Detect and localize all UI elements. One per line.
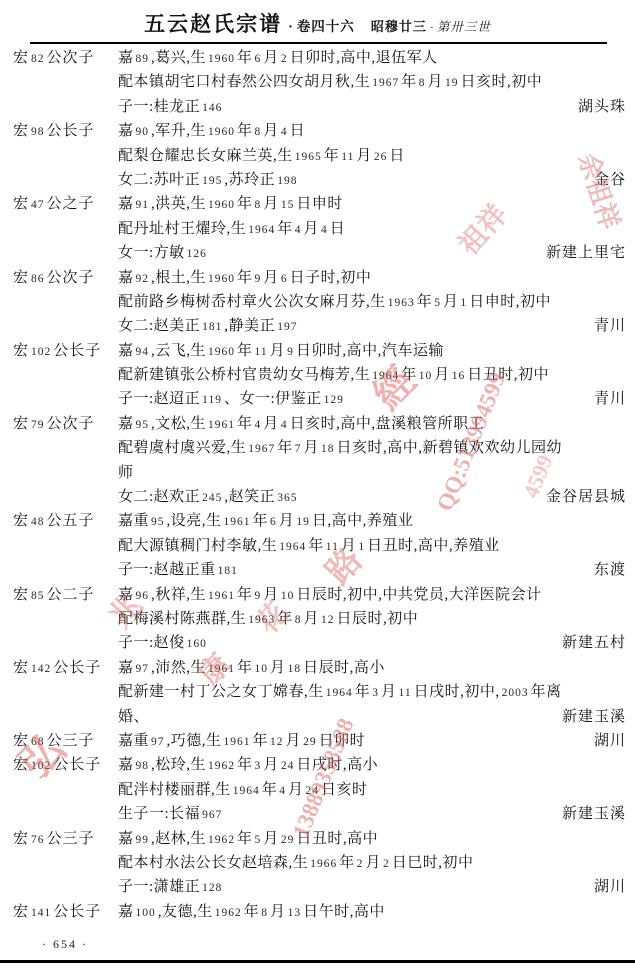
entry-line: 配丹址村王燿玲,生1964年4月4日 [118, 217, 635, 241]
entry-label: 宏79公次子 [0, 412, 118, 436]
entry-line: 配新建一村丁公之女丁嫦春,生1964年3月11日戌时,初中,2003年离 [118, 680, 635, 704]
entry-line-text: 嘉97,沛然,生1961年10月18日辰时,高小 [118, 656, 385, 680]
entry-line: 嘉96,秋祥,生1961年9月10日辰时,初中,中共党员,大洋医院会计 [118, 583, 635, 607]
entry-line-text: 女一:方敏126 [118, 241, 209, 265]
entry-line-text: 配泮村楼丽群,生1964年4月24日亥时 [118, 778, 368, 802]
entry-lines: 嘉89,葛兴,生1960年6月2日卯时,高中,退伍军人配本镇胡宅口村春然公四女胡… [118, 46, 635, 119]
entry-row: 宏98公长子嘉90,军升,生1960年8月4日配梨仓耀忠长女麻兰英,生1965年… [0, 119, 635, 192]
entry-line-text: 配碧虞村虞兴爱,生1967年7月18日亥时,高中,新碧镇欢欢幼儿园幼 [118, 436, 562, 460]
entry-lines: 嘉92,根土,生1960年9月6日子时,初中配前路乡梅树岙村章火公次女麻月芬,生… [118, 266, 635, 339]
place-name: 湖川 [586, 729, 626, 753]
generation-label: 第卅三世 [437, 17, 491, 35]
entry-label: 宏47公之子 [0, 192, 118, 216]
bottom-rule [0, 960, 635, 963]
entry-lines: 嘉95,文松,生1961年4月4日亥时,高中,盘溪粮管所职工配碧虞村虞兴爱,生1… [118, 412, 635, 510]
entry-line: 配前路乡梅树岙村章火公次女麻月芬,生1963年5月1日申时,初中 [118, 290, 635, 314]
entry-line: 女二:苏叶正195,苏玲正198金谷 [118, 168, 635, 192]
entry-line: 嘉100,友德,生1962年8月13日午时,高中 [118, 900, 635, 924]
place-name: 湖头珠 [570, 95, 626, 119]
entry-lines: 嘉91,洪英,生1960年8月15日申时配丹址村王燿玲,生1964年4月4日女一… [118, 192, 635, 265]
entry-line-text: 嘉100,友德,生1962年8月13日午时,高中 [118, 900, 385, 924]
entry-lines: 嘉98,松玲,生1962年3月24日戌时,高小配泮村楼丽群,生1964年4月24… [118, 753, 635, 826]
entry-line: 配新建镇张公桥村官贵幼女马梅芳,生1964年10月16日丑时,初中 [118, 363, 635, 387]
entry-line: 师 [118, 461, 635, 485]
entry-line-text: 师 [118, 461, 134, 485]
entry-line-text: 嘉89,葛兴,生1960年6月2日卯时,高中,退伍军人 [118, 46, 438, 70]
entry-line: 嘉95,文松,生1961年4月4日亥时,高中,盘溪粮管所职工 [118, 412, 635, 436]
entry-line-text: 嘉90,军升,生1960年8月4日 [118, 119, 305, 143]
entry-line-text: 嘉98,松玲,生1962年3月24日戌时,高小 [118, 753, 378, 777]
entry-line: 嘉91,洪英,生1960年8月15日申时 [118, 192, 635, 216]
entry-lines: 嘉97,沛然,生1961年10月18日辰时,高小配新建一村丁公之女丁嫦春,生19… [118, 656, 635, 729]
entry-label: 宏76公三子 [0, 827, 118, 851]
entry-lines: 嘉94,云飞,生1960年11月9日卯时,高中,汽车运输配新建镇张公桥村官贵幼女… [118, 339, 635, 412]
place-name: 青川 [586, 387, 626, 411]
entry-line: 嘉重97,巧德,生1961年12月29日卯时湖川 [118, 729, 635, 753]
entry-line-text: 配梅溪村陈燕群,生1963年8月12日辰时,初中 [118, 607, 418, 631]
entry-line-text: 婚、 [118, 705, 149, 729]
place-name: 湖川 [586, 875, 626, 899]
entry-line: 配大源镇稠门村李敏,生1964年11月1日丑时,高中,养殖业 [118, 534, 635, 558]
entry-line: 嘉90,军升,生1960年8月4日 [118, 119, 635, 143]
entry-line: 配梨仓耀忠长女麻兰英,生1965年11月26日 [118, 144, 635, 168]
entry-line-text: 嘉重95,设亮,生1961年6月19日,高中,养殖业 [118, 509, 413, 533]
entry-line-text: 嘉92,根土,生1960年9月6日子时,初中 [118, 266, 371, 290]
section-separator: · [430, 20, 434, 35]
entry-line: 配梅溪村陈燕群,生1963年8月12日辰时,初中 [118, 607, 635, 631]
entry-label: 宏102公长子 [0, 753, 118, 777]
place-name: 东渡 [586, 558, 626, 582]
place-name: 新建玉溪 [554, 705, 626, 729]
entry-label: 宏85公二子 [0, 583, 118, 607]
place-name: 新建玉溪 [554, 802, 626, 826]
entry-line: 嘉99,赵林,生1962年5月29日丑时,高中 [118, 827, 635, 851]
entry-line: 配本镇胡宅口村春然公四女胡月秋,生1967年8月19日亥时,初中 [118, 70, 635, 94]
book-title: 五云赵氏宗谱 [144, 8, 282, 38]
entry-line: 婚、新建玉溪 [118, 705, 635, 729]
entry-line-text: 嘉96,秋祥,生1961年9月10日辰时,初中,中共党员,大洋医院会计 [118, 583, 542, 607]
entry-line-text: 嘉94,云飞,生1960年11月9日卯时,高中,汽车运输 [118, 339, 444, 363]
entry-label: 宏48公五子 [0, 509, 118, 533]
entry-line-text: 女二:苏叶正195,苏玲正198 [118, 168, 299, 192]
entry-line-text: 子一:潇雄正128 [118, 875, 224, 899]
entry-line-text: 女二:赵欢正245,赵笑正365 [118, 485, 299, 509]
entry-line-text: 子一:赵越正重181 [118, 558, 240, 582]
entry-line-text: 配本村水法公长女赵培森,生1966年2月2日巳时,初中 [118, 851, 474, 875]
entry-line-text: 配新建一村丁公之女丁嫦春,生1964年3月11日戌时,初中,2003年离 [118, 680, 562, 704]
entry-lines: 嘉96,秋祥,生1961年9月10日辰时,初中,中共党员,大洋医院会计配梅溪村陈… [118, 583, 635, 656]
entry-row: 宏85公二子嘉96,秋祥,生1961年9月10日辰时,初中,中共党员,大洋医院会… [0, 583, 635, 656]
entry-row: 宏47公之子嘉91,洪英,生1960年8月15日申时配丹址村王燿玲,生1964年… [0, 192, 635, 265]
entry-lines: 嘉重95,设亮,生1961年6月19日,高中,养殖业配大源镇稠门村李敏,生196… [118, 509, 635, 582]
entry-row: 宏141公长子嘉100,友德,生1962年8月13日午时,高中 [0, 900, 635, 924]
entry-line-text: 嘉重97,巧德,生1961年12月29日卯时 [118, 729, 365, 753]
entry-line: 子一:桂龙正146湖头珠 [118, 95, 635, 119]
entry-line-text: 子一:赵俊160 [118, 631, 209, 655]
entry-lines: 嘉100,友德,生1962年8月13日午时,高中 [118, 900, 635, 924]
entry-row: 宏48公五子嘉重95,设亮,生1961年6月19日,高中,养殖业配大源镇稠门村李… [0, 509, 635, 582]
entry-line: 嘉98,松玲,生1962年3月24日戌时,高小 [118, 753, 635, 777]
entry-row: 宏68公三子嘉重97,巧德,生1961年12月29日卯时湖川 [0, 729, 635, 753]
entry-line: 子一:潇雄正128湖川 [118, 875, 635, 899]
entry-line-text: 生子一:长福967 [118, 802, 224, 826]
entry-row: 宏76公三子嘉99,赵林,生1962年5月29日丑时,高中配本村水法公长女赵培森… [0, 827, 635, 900]
section-label: 昭穆廿三 [371, 16, 427, 35]
entry-line: 女二:赵欢正245,赵笑正365金谷居县城 [118, 485, 635, 509]
entry-line-text: 子一:赵迢正119、女一:伊鉴正129 [118, 387, 346, 411]
entry-line: 嘉94,云飞,生1960年11月9日卯时,高中,汽车运输 [118, 339, 635, 363]
entries-list: 宏82公次子嘉89,葛兴,生1960年6月2日卯时,高中,退伍军人配本镇胡宅口村… [0, 46, 635, 924]
entry-lines: 嘉90,军升,生1960年8月4日配梨仓耀忠长女麻兰英,生1965年11月26日… [118, 119, 635, 192]
entry-line-text: 配本镇胡宅口村春然公四女胡月秋,生1967年8月19日亥时,初中 [118, 70, 542, 94]
entry-line: 配泮村楼丽群,生1964年4月24日亥时 [118, 778, 635, 802]
entry-line-text: 配丹址村王燿玲,生1964年4月4日 [118, 217, 345, 241]
entry-line: 配碧虞村虞兴爱,生1967年7月18日亥时,高中,新碧镇欢欢幼儿园幼 [118, 436, 635, 460]
header-rule [30, 42, 607, 44]
entry-label: 宏98公长子 [0, 119, 118, 143]
entry-line: 配本村水法公长女赵培森,生1966年2月2日巳时,初中 [118, 851, 635, 875]
genealogy-page: 五云赵氏宗谱 · 卷四十六 昭穆廿三 · 第卅三世 宏82公次子嘉89,葛兴,生… [0, 0, 635, 968]
entry-line-text: 嘉99,赵林,生1962年5月29日丑时,高中 [118, 827, 378, 851]
entry-row: 宏102公长子嘉98,松玲,生1962年3月24日戌时,高小配泮村楼丽群,生19… [0, 753, 635, 826]
entry-line: 子一:赵迢正119、女一:伊鉴正129青川 [118, 387, 635, 411]
entry-row: 宏86公次子嘉92,根土,生1960年9月6日子时,初中配前路乡梅树岙村章火公次… [0, 266, 635, 339]
entry-label: 宏142公长子 [0, 656, 118, 680]
title-separator: · [288, 20, 293, 36]
page-header: 五云赵氏宗谱 · 卷四十六 昭穆廿三 · 第卅三世 [0, 8, 635, 38]
entry-line-text: 配大源镇稠门村李敏,生1964年11月1日丑时,高中,养殖业 [118, 534, 500, 558]
entry-line: 嘉89,葛兴,生1960年6月2日卯时,高中,退伍军人 [118, 46, 635, 70]
entry-line-text: 配新建镇张公桥村官贵幼女马梅芳,生1964年10月16日丑时,初中 [118, 363, 549, 387]
entry-line: 生子一:长福967新建玉溪 [118, 802, 635, 826]
entry-row: 宏82公次子嘉89,葛兴,生1960年6月2日卯时,高中,退伍军人配本镇胡宅口村… [0, 46, 635, 119]
place-name: 金谷 [586, 168, 626, 192]
entry-line-text: 嘉91,洪英,生1960年8月15日申时 [118, 192, 343, 216]
entry-row: 宏142公长子嘉97,沛然,生1961年10月18日辰时,高小配新建一村丁公之女… [0, 656, 635, 729]
entry-row: 宏102公长子嘉94,云飞,生1960年11月9日卯时,高中,汽车运输配新建镇张… [0, 339, 635, 412]
entry-row: 宏79公次子嘉95,文松,生1961年4月4日亥时,高中,盘溪粮管所职工配碧虞村… [0, 412, 635, 510]
entry-line: 嘉97,沛然,生1961年10月18日辰时,高小 [118, 656, 635, 680]
entry-label: 宏102公长子 [0, 339, 118, 363]
entry-line-text: 配前路乡梅树岙村章火公次女麻月芬,生1963年5月1日申时,初中 [118, 290, 551, 314]
place-name: 新建五村 [554, 631, 626, 655]
entry-line: 子一:赵越正重181东渡 [118, 558, 635, 582]
place-name: 青川 [586, 314, 626, 338]
entry-label: 宏82公次子 [0, 46, 118, 70]
entry-line: 女二:赵美正181,静美正197青川 [118, 314, 635, 338]
entry-line: 子一:赵俊160新建五村 [118, 631, 635, 655]
entry-label: 宏141公长子 [0, 900, 118, 924]
place-name: 新建上里宅 [538, 241, 626, 265]
volume-label: 卷四十六 [297, 15, 355, 35]
entry-line-text: 女二:赵美正181,静美正197 [118, 314, 299, 338]
place-name: 金谷居县城 [538, 485, 626, 509]
entry-line-text: 子一:桂龙正146 [118, 95, 224, 119]
entry-line: 嘉92,根土,生1960年9月6日子时,初中 [118, 266, 635, 290]
entry-label: 宏68公三子 [0, 729, 118, 753]
entry-line: 嘉重95,设亮,生1961年6月19日,高中,养殖业 [118, 509, 635, 533]
entry-label: 宏86公次子 [0, 266, 118, 290]
entry-lines: 嘉99,赵林,生1962年5月29日丑时,高中配本村水法公长女赵培森,生1966… [118, 827, 635, 900]
entry-line-text: 嘉95,文松,生1961年4月4日亥时,高中,盘溪粮管所职工 [118, 412, 484, 436]
entry-line-text: 配梨仓耀忠长女麻兰英,生1965年11月26日 [118, 144, 405, 168]
entry-lines: 嘉重97,巧德,生1961年12月29日卯时湖川 [118, 729, 635, 753]
entry-line: 女一:方敏126新建上里宅 [118, 241, 635, 265]
page-number: · 654 · [42, 937, 88, 952]
